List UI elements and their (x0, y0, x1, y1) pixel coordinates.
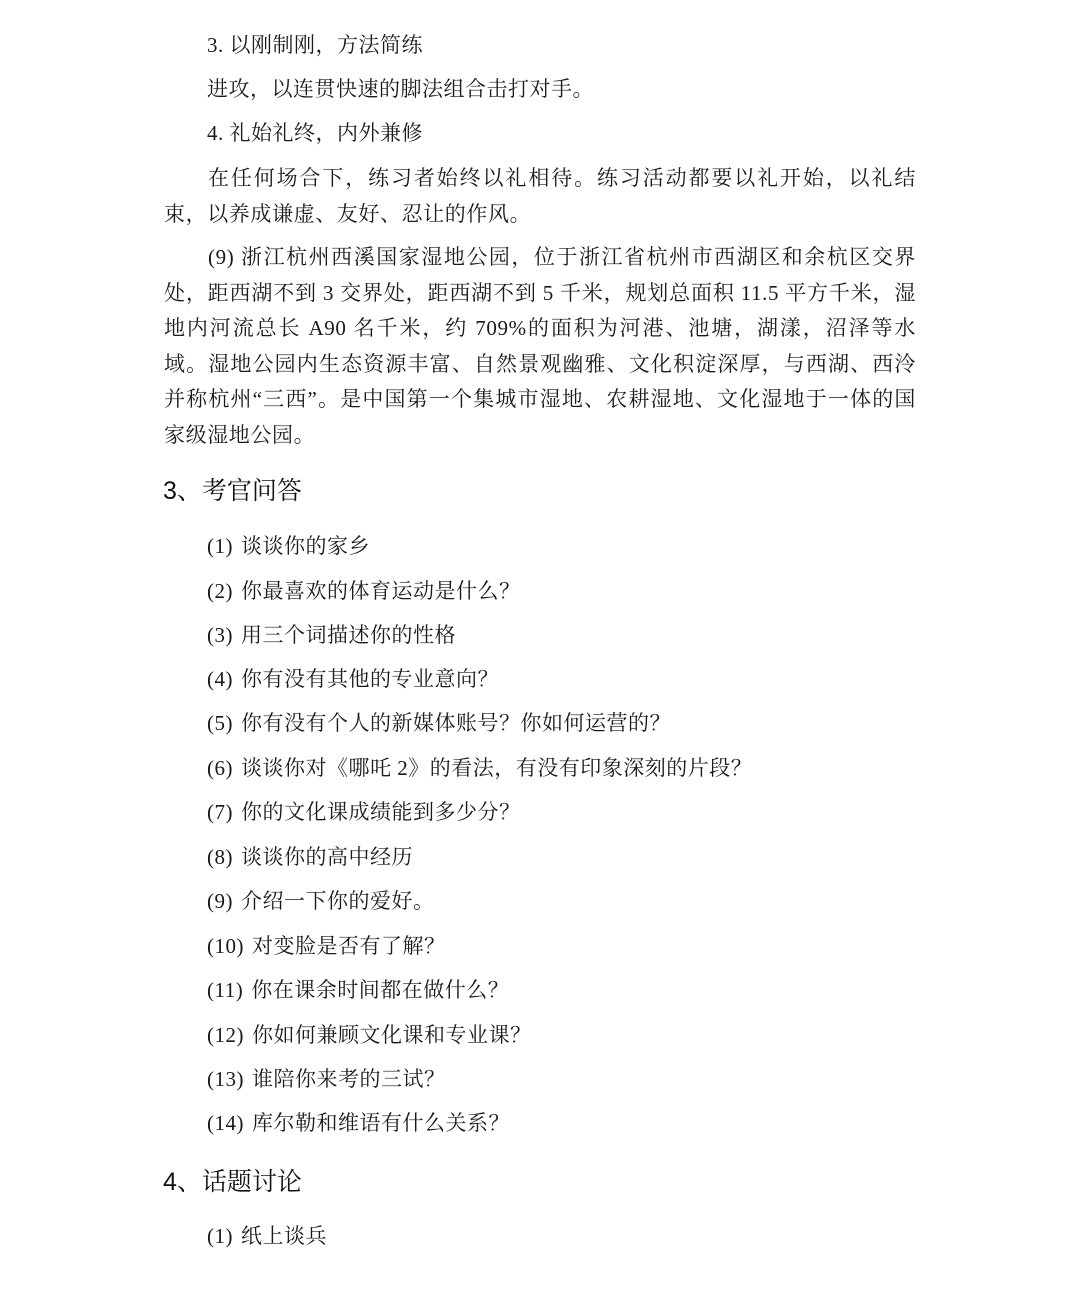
list-item: (12)你如何兼顾文化课和专业课？ (207, 1021, 532, 1049)
list-item: (4)你有没有其他的专业意向？ (207, 665, 499, 693)
item-3-body: 进攻，以连贯快速的脚法组合击打对手。 (207, 75, 594, 103)
question-text: 用三个词描述你的性格 (241, 623, 456, 647)
question-text: 你如何兼顾文化课和专业课？ (252, 1023, 532, 1047)
question-number: (14) (207, 1111, 244, 1135)
question-text: 谈谈你对《哪吒 2》的看法，有没有印象深刻的片段？ (241, 756, 752, 780)
question-text: 对变脸是否有了解？ (252, 934, 446, 958)
section-heading-topic-discussion: 4、话题讨论 (163, 1166, 302, 1198)
question-text: 你最喜欢的体育运动是什么？ (241, 579, 521, 603)
item-4-title: 4. 礼始礼终，内外兼修 (207, 119, 423, 147)
question-text: 谁陪你来考的三试？ (252, 1067, 446, 1091)
list-item: (13)谁陪你来考的三试？ (207, 1065, 446, 1093)
question-text: 你在课余时间都在做什么？ (251, 978, 509, 1002)
question-number: (8) (207, 845, 233, 869)
item-3-title: 3. 以刚制刚，方法简练 (207, 31, 423, 59)
question-number: (11) (207, 978, 243, 1002)
question-text: 介绍一下你的爱好。 (241, 889, 435, 913)
question-number: (9) (207, 889, 233, 913)
list-item: (3)用三个词描述你的性格 (207, 621, 456, 649)
list-item: (7)你的文化课成绩能到多少分？ (207, 798, 521, 826)
question-number: (2) (207, 579, 233, 603)
list-item: (1)纸上谈兵 (207, 1222, 327, 1250)
question-text: 谈谈你的家乡 (241, 534, 370, 558)
list-item: (5)你有没有个人的新媒体账号？你如何运营的？ (207, 709, 671, 737)
section-heading-examiner-qa: 3、考官问答 (163, 475, 302, 507)
list-item: (10)对变脸是否有了解？ (207, 932, 446, 960)
question-number: (6) (207, 756, 233, 780)
question-number: (12) (207, 1023, 244, 1047)
question-number: (4) (207, 667, 233, 691)
question-number: (7) (207, 800, 233, 824)
list-item: (9)介绍一下你的爱好。 (207, 887, 435, 915)
list-item: (11)你在课余时间都在做什么？ (207, 976, 509, 1004)
item-9-paragraph: (9) 浙江杭州西溪国家湿地公园，位于浙江省杭州市西湖区和余杭区交界处，距西湖不… (164, 240, 916, 453)
list-item: (6)谈谈你对《哪吒 2》的看法，有没有印象深刻的片段？ (207, 754, 752, 782)
question-number: (1) (207, 534, 233, 558)
topic-text: 纸上谈兵 (241, 1224, 327, 1248)
list-item: (1)谈谈你的家乡 (207, 532, 370, 560)
question-text: 你有没有其他的专业意向？ (241, 667, 499, 691)
list-item: (8)谈谈你的高中经历 (207, 843, 413, 871)
list-item: (14)库尔勒和维语有什么关系？ (207, 1109, 510, 1137)
question-text: 你有没有个人的新媒体账号？你如何运营的？ (241, 711, 671, 735)
question-number: (5) (207, 711, 233, 735)
question-number: (13) (207, 1067, 244, 1091)
question-number: (10) (207, 934, 244, 958)
question-text: 库尔勒和维语有什么关系？ (252, 1111, 510, 1135)
list-item: (2)你最喜欢的体育运动是什么？ (207, 577, 521, 605)
question-text: 你的文化课成绩能到多少分？ (241, 800, 521, 824)
item-4-body: 在任何场合下，练习者始终以礼相待。练习活动都要以礼开始，以礼结束，以养成谦虚、友… (164, 161, 916, 232)
question-number: (3) (207, 623, 233, 647)
topic-number: (1) (207, 1224, 233, 1248)
question-text: 谈谈你的高中经历 (241, 845, 413, 869)
